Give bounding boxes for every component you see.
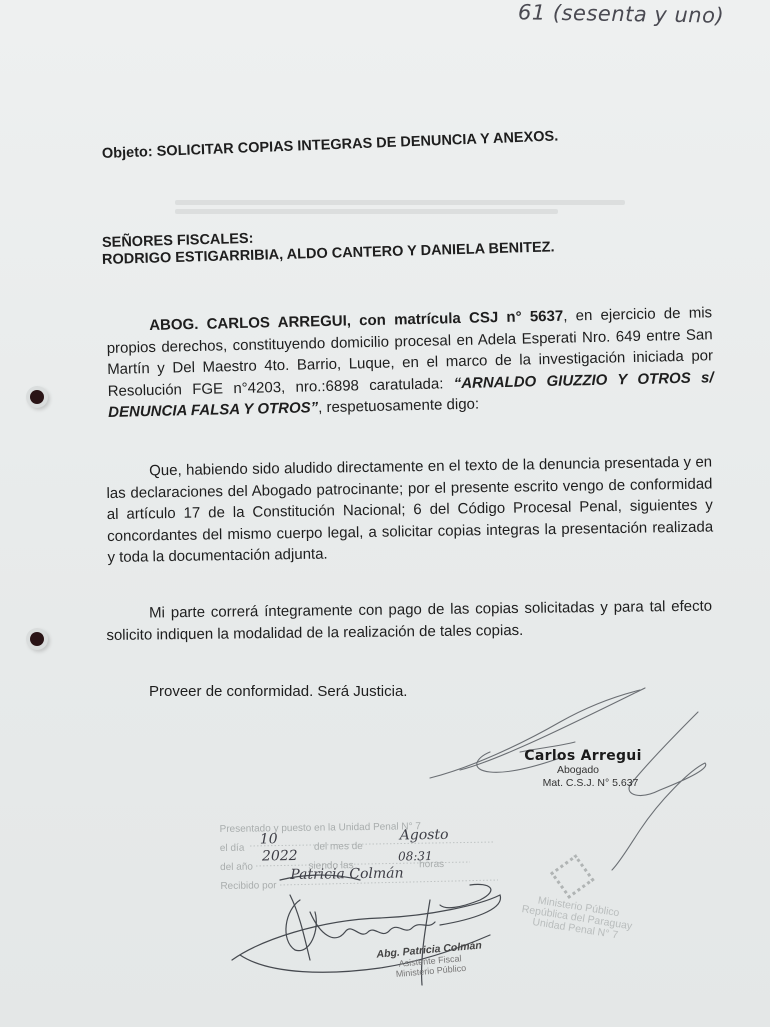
- document-page: 61 (sesenta y uno) Objeto: SOLICITAR COP…: [0, 0, 770, 1027]
- paragraph-payment: Mi parte correrá íntegramente con pago d…: [106, 596, 712, 646]
- closing-line: Proveer de conformidad. Será Justicia.: [149, 681, 407, 703]
- payment-text: Mi parte correrá íntegramente con pago d…: [106, 598, 712, 644]
- stamp-month-value: Agosto: [400, 826, 449, 846]
- lawyer-name: Carlos Arregui: [498, 748, 668, 764]
- punch-hole-top: [30, 390, 44, 404]
- lawyer-signature-block: Carlos Arregui Abogado Mat. C.S.J. N° 5.…: [468, 748, 668, 789]
- lawyer-registration: Mat. C.S.J. N° 5.637: [513, 777, 668, 789]
- receipt-stamp: Presentado y puesto en la Unidad Penal N…: [219, 816, 510, 896]
- stamp-line-4: Recibido por Patricia Colmán: [220, 873, 510, 896]
- paragraph-introduction: ABOG. CARLOS ARREGUI, con matrícula CSJ …: [106, 302, 714, 423]
- bleed-through-text: [175, 200, 625, 220]
- seal-emblem-icon: [550, 854, 595, 899]
- ministerio-publico-seal: Ministerio Público República del Paragua…: [500, 851, 660, 947]
- stamp-received-value: Patricia Colmán: [290, 864, 404, 885]
- request-text: Que, habiendo sido aludido directamente …: [106, 453, 713, 566]
- lawyer-title: Abogado: [488, 764, 668, 776]
- stamp-day-label: el día: [220, 843, 245, 854]
- stamp-year-label: del año: [220, 862, 253, 873]
- stamp-received-label: Recibido por: [220, 880, 276, 892]
- intro-ending: , respetuosamente digo:: [318, 396, 479, 417]
- stamp-year-value: 2022: [262, 847, 298, 866]
- punch-hole-bottom: [30, 632, 44, 646]
- document-subject: Objeto: SOLICITAR COPIAS INTEGRAS DE DEN…: [102, 128, 559, 162]
- page-number-annotation: 61 (sesenta y uno): [518, 0, 725, 28]
- paragraph-request: Que, habiendo sido aludido directamente …: [106, 451, 714, 568]
- stamp-month-label: del mes de: [314, 841, 363, 853]
- fiscal-signature-block: Abg. Patricia Colmán Asistente Fiscal Mi…: [359, 938, 501, 982]
